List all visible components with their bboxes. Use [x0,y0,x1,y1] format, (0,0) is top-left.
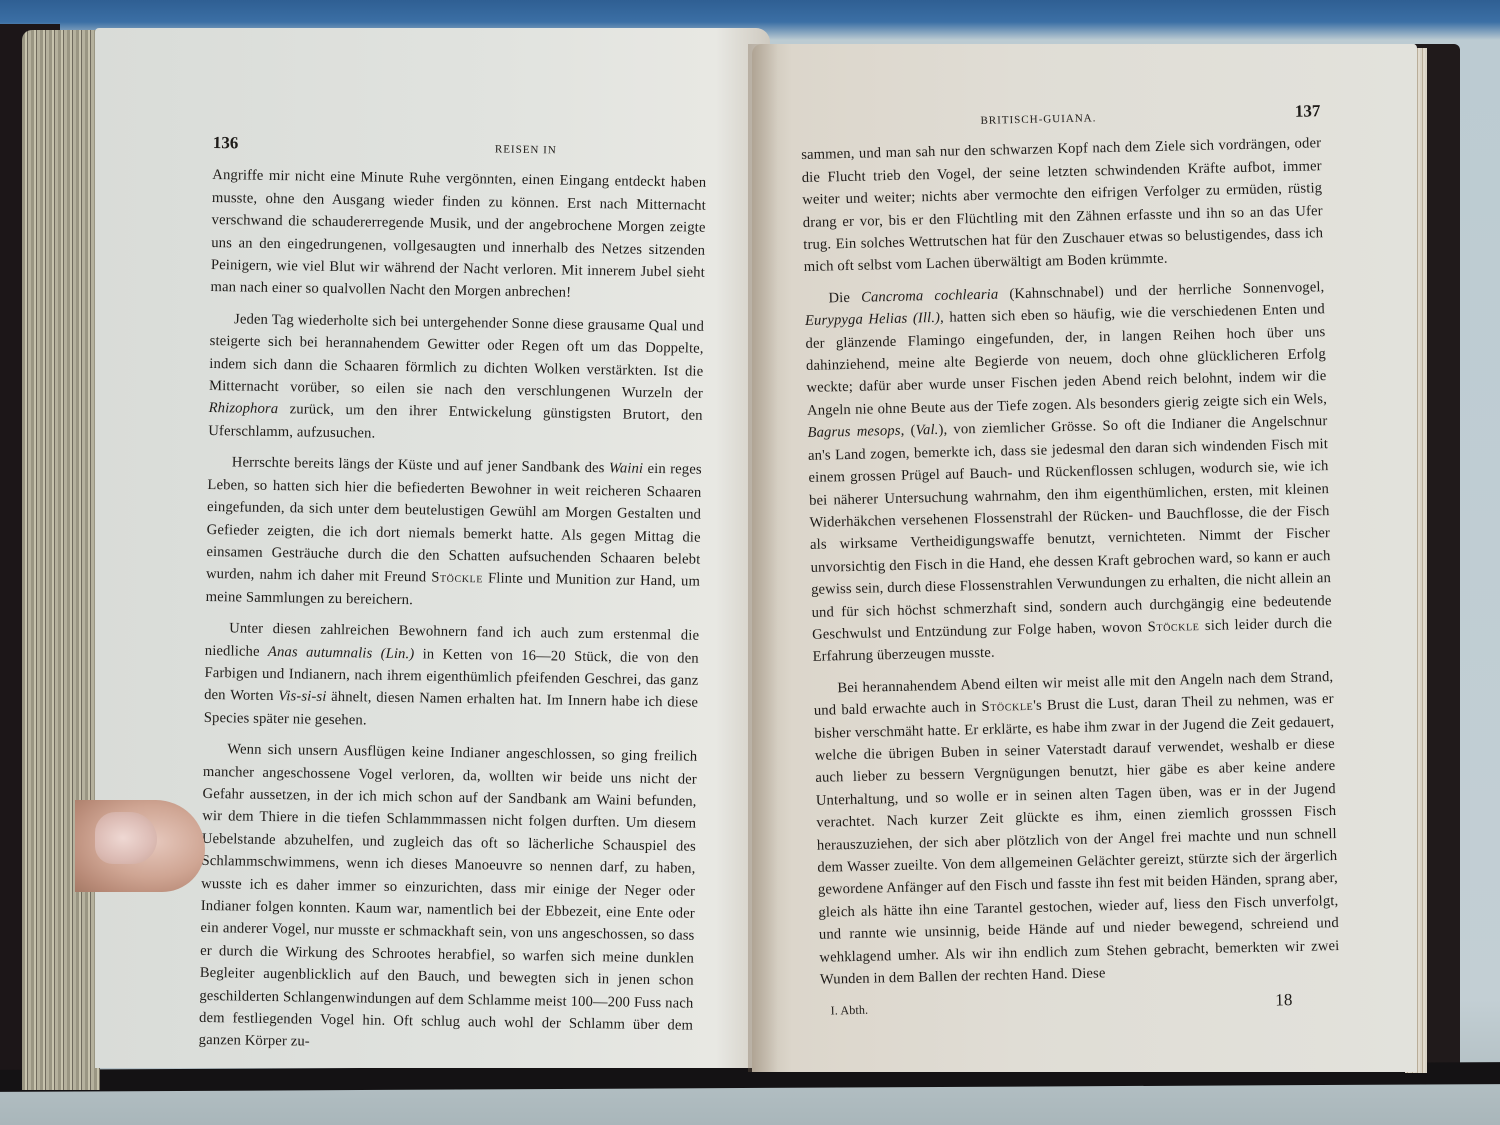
right-page: BRITISCH-GUIANA. 137 sammen, und man sah… [752,44,1417,1072]
right-page-text: BRITISCH-GUIANA. 137 sammen, und man sah… [800,88,1341,1022]
italic-term: Cancroma cochlearia [861,286,999,305]
running-head-title-left: REISEN IN [495,138,557,161]
small-caps-name: Stöckle [981,698,1033,715]
footer-signature-mark: 18 [1275,989,1293,1012]
paragraph: Wenn sich unsern Ausflügen keine Indiane… [199,738,698,1059]
italic-term: Val. [915,422,938,439]
text-run: sammen, und man sah nur den schwarzen Ko… [801,136,1323,276]
page-number-right: 137 [1295,100,1321,123]
thumb-holding-page [75,800,205,892]
left-paragraphs: Angriffe mir nicht eine Minute Ruhe verg… [199,164,707,1059]
text-run: 's Brust die Lust, daran Theil zu nehmen… [814,691,1339,988]
left-page: 136 REISEN IN Angriffe mir nicht eine Mi… [95,28,770,1068]
text-run: Angriffe mir nicht eine Minute Ruhe verg… [210,167,706,301]
right-running-head: BRITISCH-GUIANA. 137 [800,88,1321,136]
paragraph: Unter diesen zahlreichen Bewohnern fand … [204,617,700,737]
small-caps-name: Stöckle [431,570,483,587]
italic-term: Bagrus mesops [807,423,900,441]
paragraph: Angriffe mir nicht eine Minute Ruhe verg… [210,164,706,306]
text-run: Die [828,290,861,307]
text-run: zurück, um den ihrer Entwickelung günsti… [208,402,703,442]
footer-section-label: I. Abth. [830,999,868,1022]
paragraph: sammen, und man sah nur den schwarzen Ko… [801,133,1324,279]
page-number-left: 136 [213,132,239,155]
text-run: ein reges Leben, so hatten sich hier die… [206,461,702,586]
gutter-shadow [748,44,778,1072]
text-run: ), von ziemlicher Grösse. So oft die Ind… [808,413,1332,642]
italic-term: Vis-si-si [278,688,326,705]
paragraph: Herrschte bereits längs der Küste und au… [206,451,702,616]
text-run: Wenn sich unsern Ausflügen keine Indiane… [199,741,698,1050]
italic-term: Waini [609,461,644,478]
page-footer: I. Abth. 18 [820,988,1340,1022]
left-running-head: 136 REISEN IN [213,132,707,164]
italic-term: Eurypyga Helias (Ill.) [805,310,940,329]
text-run: Jeden Tag wiederholte sich bei untergehe… [209,311,704,402]
running-head-title-right: BRITISCH-GUIANA. [980,107,1096,132]
paragraph: Bei herannahendem Abend eilten wir meist… [813,666,1340,991]
paragraph: Die Cancroma cochlearia (Kahnschnabel) u… [804,276,1333,669]
thumbnail [95,812,157,864]
page-edges-left [22,30,100,1090]
paragraph: Jeden Tag wiederholte sich bei untergehe… [208,308,704,450]
text-run: , ( [900,423,915,439]
right-paragraphs: sammen, und man sah nur den schwarzen Ko… [801,133,1340,992]
italic-term: Anas autumnalis (Lin.) [268,643,415,661]
text-run: (Kahnschnabel) und der herrliche Sonnenv… [998,279,1324,302]
italic-term: Rhizophora [209,400,279,417]
text-run: Herrschte bereits längs der Küste und au… [232,455,609,477]
small-caps-name: Stöckle [1147,618,1199,635]
left-page-text: 136 REISEN IN Angriffe mir nicht eine Mi… [198,132,707,1068]
